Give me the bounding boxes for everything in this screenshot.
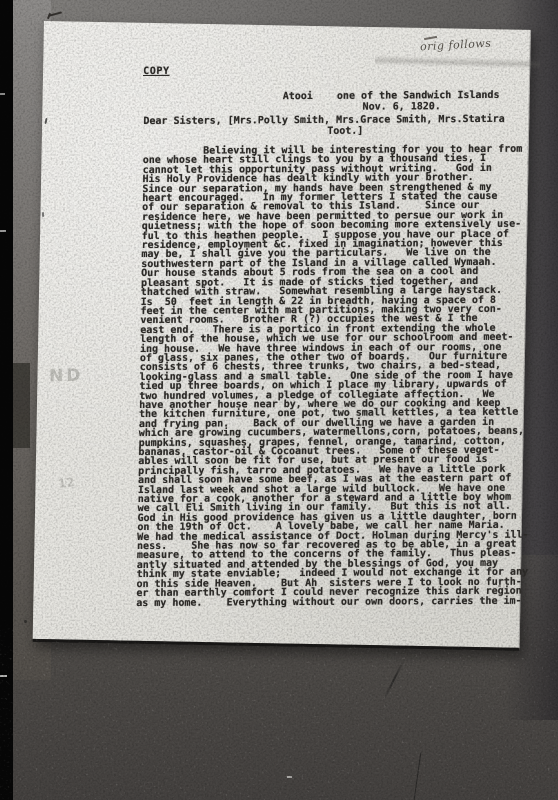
film-edge-mark [0, 93, 5, 95]
bleedthrough-number: 12 [57, 475, 75, 491]
film-edge-strip [0, 0, 13, 800]
dust-speck [42, 212, 44, 217]
film-edge-mark [0, 230, 6, 232]
scanned-letter-photograph: ND 12 COPY Atooi one of the Sandwich Isl… [0, 0, 558, 800]
bleedthrough-watermark: ND [49, 366, 84, 387]
dust-speck [24, 620, 27, 623]
film-edge-mark [0, 675, 7, 677]
dust-speck [498, 585, 501, 587]
scratch-mark [287, 776, 292, 778]
paper-sheet [33, 21, 531, 651]
background-tab-shadow [13, 363, 30, 448]
